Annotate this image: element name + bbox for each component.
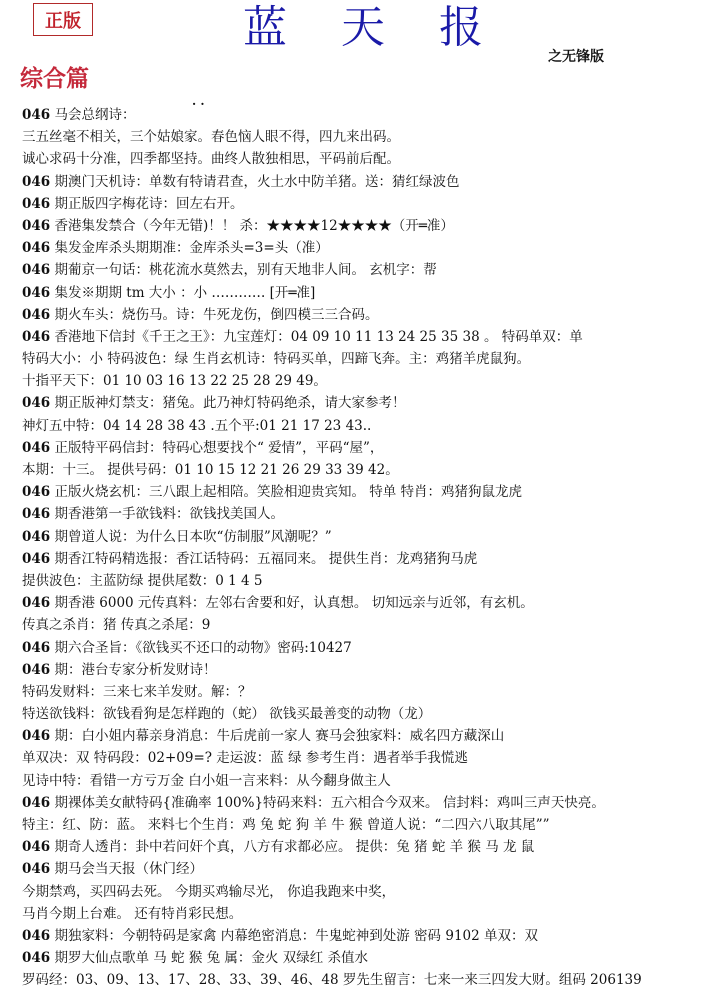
issue-number: 046 [22, 240, 50, 256]
text-line: 特码大小：小 特码波色：绿 生肖玄机诗：特码买单，四蹄飞奔。主：鸡猪羊虎鼠狗。 [22, 348, 702, 370]
line-text: 期香江特码精选报：香江话特码：五福同来。 提供生肖：龙鸡猪狗马虎 [50, 551, 477, 567]
line-text: 特码大小：小 特码波色：绿 生肖玄机诗：特码买单，四蹄飞奔。主：鸡猪羊虎鼠狗。 [22, 351, 530, 367]
line-text: 单双决：双 特码段：02+09=? 走运波：蓝 绿 参考生肖：遇者举手我慌逃 [22, 750, 468, 766]
line-text: 期独家料：今朝特码是家禽 内幕绝密消息：牛鬼蛇神到处游 密码 9102 单双：双 [50, 928, 538, 944]
line-text: 期罗大仙点歌单 马 蛇 猴 兔 属：金火 双绿红 杀值水 [50, 950, 368, 966]
line-text: 神灯五中特：04 14 28 38 43 .五个平:01 21 17 23 43… [22, 418, 371, 434]
issue-number: 046 [22, 218, 50, 234]
text-line: 特码发财料：三来七来羊发财。解：？ [22, 681, 702, 703]
line-text: 期六合圣旨：《欲钱买不还口的动物》密码:10427 [50, 640, 352, 656]
text-line: 046 期香江特码精选报：香江话特码：五福同来。 提供生肖：龙鸡猪狗马虎 [22, 548, 702, 570]
text-line: 见诗中特：看错一方亏万金 白小姐一言来料：从今翻身做主人 [22, 770, 702, 792]
article-body: 046 马会总纲诗：三五丝毫不相关，三个姑娘家。春色恼人眼不得，四九来出码。诚心… [22, 104, 702, 992]
line-text: 十指平天下：01 10 03 16 13 22 25 28 29 49。 [22, 373, 327, 389]
issue-number: 046 [22, 484, 50, 500]
issue-number: 046 [22, 440, 50, 456]
text-line: 罗码经：03、09、13、17、28、33、39、46、48 罗先生留言：七来一… [22, 969, 702, 991]
issue-number: 046 [22, 950, 50, 966]
line-text: 期正版四字梅花诗：回左右开。 [50, 196, 243, 212]
line-text: 集发金库杀头期期准：金库杀头=3=头（准） [50, 240, 329, 256]
text-line: 046 马会总纲诗： [22, 104, 702, 126]
line-text: 期香港 6000 元传真料：左邻右舍要和好，认真想。 切知远亲与近邻，有玄机。 [50, 595, 534, 611]
text-line: 046 期马会当天报（休门经） [22, 858, 702, 880]
edition-label: 之无锋版 [548, 46, 604, 66]
line-text: 见诗中特：看错一方亏万金 白小姐一言来料：从今翻身做主人 [22, 773, 391, 789]
text-line: 046 期裸体美女献特码{准确率 100%}特码来料：五六相合今双来。 信封料：… [22, 792, 702, 814]
text-line: 046 期独家料：今朝特码是家禽 内幕绝密消息：牛鬼蛇神到处游 密码 9102 … [22, 925, 702, 947]
issue-number: 046 [22, 329, 50, 345]
line-text: 期火车头：烧伤马。诗：牛死龙伤，倒四模三三合码。 [50, 307, 378, 323]
text-line: 特主：红、防：蓝。 来料七个生肖：鸡 兔 蛇 狗 羊 牛 猴 曾道人说：“二四六… [22, 814, 702, 836]
section-title: 综合篇 [20, 60, 89, 93]
text-line: 046 期正版神灯禁支：猪兔。此乃神灯特码绝杀，请大家参考！ [22, 392, 702, 414]
text-line: 046 期奇人透肖：卦中若问奸个真，八方有求都必应。 提供：兔 猪 蛇 羊 猴 … [22, 836, 702, 858]
text-line: 今期禁鸡，买四码去死。 今期买鸡输尽光， 你追我跑来中奖， [22, 881, 702, 903]
issue-number: 046 [22, 395, 50, 411]
text-line: 提供波色：主蓝防绿 提供尾数：0 1 4 5 [22, 570, 702, 592]
line-text: 香港集发禁合（今年无错)！！ 杀：★★★★12★★★★（开═准） [50, 218, 454, 234]
issue-number: 046 [22, 196, 50, 212]
issue-number: 046 [22, 307, 50, 323]
line-text: 马会总纲诗： [50, 107, 135, 123]
text-line: 三五丝毫不相关，三个姑娘家。春色恼人眼不得，四九来出码。 [22, 126, 702, 148]
line-text: 特码发财料：三来七来羊发财。解：？ [22, 684, 252, 700]
issue-number: 046 [22, 529, 50, 545]
text-line: 046 正版特平码信封：特码心想要找个“ 爱情”，平码“屋”， [22, 437, 702, 459]
line-text: 期葡京一句话：桃花流水莫然去，别有天地非人间。 玄机字：帮 [50, 262, 437, 278]
text-line: 046 期香港 6000 元传真料：左邻右舍要和好，认真想。 切知远亲与近邻，有… [22, 592, 702, 614]
text-line: 046 期澳门天机诗：单数有特请君查，火土水中防羊猪。送：猜红绿波色 [22, 171, 702, 193]
line-text: 三五丝毫不相关，三个姑娘家。春色恼人眼不得，四九来出码。 [22, 129, 400, 145]
text-line: 诚心求码十分准，四季都坚持。曲终人散独相思，平码前后配。 [22, 148, 702, 170]
issue-number: 046 [22, 795, 50, 811]
text-line: 046 香港地下信封《千王之王》：九宝莲灯：04 09 10 11 13 24 … [22, 326, 702, 348]
issue-number: 046 [22, 839, 50, 855]
line-text: 期奇人透肖：卦中若问奸个真，八方有求都必应。 提供：兔 猪 蛇 羊 猴 马 龙 … [50, 839, 534, 855]
text-line: 046 香港集发禁合（今年无错)！！ 杀：★★★★12★★★★（开═准） [22, 215, 702, 237]
line-text: 罗码经：03、09、13、17、28、33、39、46、48 罗先生留言：七来一… [22, 972, 642, 988]
issue-number: 046 [22, 506, 50, 522]
issue-number: 046 [22, 551, 50, 567]
text-line: 特送欲钱料：欲钱看狗是怎样跑的（蛇） 欲钱买最善变的动物（龙） [22, 703, 702, 725]
issue-number: 046 [22, 640, 50, 656]
text-line: 046 集发金库杀头期期准：金库杀头=3=头（准） [22, 237, 702, 259]
issue-number: 046 [22, 107, 50, 123]
line-text: 期：白小姐内幕亲身消息：牛后虎前一家人 赛马会独家料：威名四方藏深山 [50, 728, 504, 744]
text-line: 046 期葡京一句话：桃花流水莫然去，别有天地非人间。 玄机字：帮 [22, 259, 702, 281]
text-line: 传真之杀肖：猪 传真之杀尾：9 [22, 614, 702, 636]
line-text: 集发※期期 tm 大小 ：小 ………… [开═准] [50, 285, 315, 301]
line-text: 期马会当天报（休门经） [50, 861, 203, 877]
line-text: 传真之杀肖：猪 传真之杀尾：9 [22, 617, 210, 633]
text-line: 神灯五中特：04 14 28 38 43 .五个平:01 21 17 23 43… [22, 415, 702, 437]
line-text: 特主：红、防：蓝。 来料七个生肖：鸡 兔 蛇 狗 羊 牛 猴 曾道人说：“二四六… [22, 817, 550, 833]
issue-number: 046 [22, 285, 50, 301]
issue-number: 046 [22, 595, 50, 611]
text-line: 046 期罗大仙点歌单 马 蛇 猴 兔 属：金火 双绿红 杀值水 [22, 947, 702, 969]
text-line: 十指平天下：01 10 03 16 13 22 25 28 29 49。 [22, 370, 702, 392]
text-line: 046 期火车头：烧伤马。诗：牛死龙伤，倒四模三三合码。 [22, 304, 702, 326]
issue-number: 046 [22, 662, 50, 678]
line-text: 正版火烧玄机：三八跟上起相陪。笑脸相迎贵宾知。 特单 特肖：鸡猪狗鼠龙虎 [50, 484, 522, 500]
line-text: 马肖今期上台难。 还有特肖彩民想。 [22, 906, 242, 922]
text-line: 马肖今期上台难。 还有特肖彩民想。 [22, 903, 702, 925]
text-line: 046 集发※期期 tm 大小 ：小 ………… [开═准] [22, 282, 702, 304]
text-line: 046 期：白小姐内幕亲身消息：牛后虎前一家人 赛马会独家料：威名四方藏深山 [22, 725, 702, 747]
line-text: 期：港台专家分析发财诗！ [50, 662, 216, 678]
line-text: 期裸体美女献特码{准确率 100%}特码来料：五六相合今双来。 信封料：鸡叫三声… [50, 795, 605, 811]
line-text: 本期：十三。 提供号码：01 10 15 12 21 26 29 33 39 4… [22, 462, 399, 478]
line-text: 特送欲钱料：欲钱看狗是怎样跑的（蛇） 欲钱买最善变的动物（龙） [22, 706, 431, 722]
issue-number: 046 [22, 174, 50, 190]
line-text: 正版特平码信封：特码心想要找个“ 爱情”，平码“屋”， [50, 440, 383, 456]
line-text: 提供波色：主蓝防绿 提供尾数：0 1 4 5 [22, 573, 263, 589]
text-line: 046 期香港第一手欲钱料：欲钱找美国人。 [22, 503, 702, 525]
text-line: 单双决：双 特码段：02+09=? 走运波：蓝 绿 参考生肖：遇者举手我慌逃 [22, 747, 702, 769]
issue-number: 046 [22, 928, 50, 944]
text-line: 046 期曾道人说：为什么日本吹“仿制服”风潮呢？” [22, 526, 702, 548]
issue-number: 046 [22, 728, 50, 744]
line-text: 期正版神灯禁支：猪兔。此乃神灯特码绝杀，请大家参考！ [50, 395, 405, 411]
line-text: 诚心求码十分准，四季都坚持。曲终人散独相思，平码前后配。 [22, 151, 400, 167]
issue-number: 046 [22, 262, 50, 278]
line-text: 期香港第一手欲钱料：欲钱找美国人。 [50, 506, 284, 522]
text-line: 046 期六合圣旨：《欲钱买不还口的动物》密码:10427 [22, 637, 702, 659]
text-line: 本期：十三。 提供号码：01 10 15 12 21 26 29 33 39 4… [22, 459, 702, 481]
line-text: 香港地下信封《千王之王》：九宝莲灯：04 09 10 11 13 24 25 3… [50, 329, 583, 345]
genuine-edition-stamp: 正版 [33, 3, 93, 36]
line-text: 今期禁鸡，买四码去死。 今期买鸡输尽光， 你追我跑来中奖， [22, 884, 395, 900]
masthead-title: 蓝 天 报 [243, 2, 503, 54]
line-text: 期澳门天机诗：单数有特请君查，火土水中防羊猪。送：猜红绿波色 [50, 174, 459, 190]
text-line: 046 期：港台专家分析发财诗！ [22, 659, 702, 681]
issue-number: 046 [22, 861, 50, 877]
line-text: 期曾道人说：为什么日本吹“仿制服”风潮呢？” [50, 529, 332, 545]
text-line: 046 期正版四字梅花诗：回左右开。 [22, 193, 702, 215]
text-line: 046 正版火烧玄机：三八跟上起相陪。笑脸相迎贵宾知。 特单 特肖：鸡猪狗鼠龙虎 [22, 481, 702, 503]
